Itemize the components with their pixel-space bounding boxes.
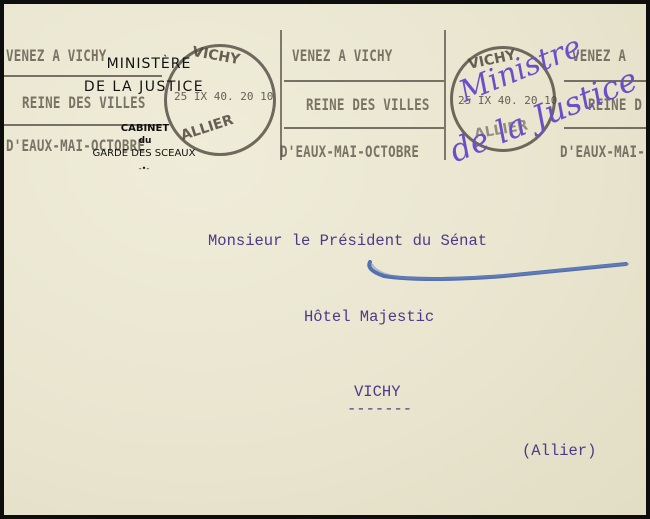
letterhead-ministry: MINISTÈRE: [64, 56, 234, 72]
letterhead-du: du: [90, 136, 200, 146]
slogan-divider: [564, 127, 646, 129]
letterhead-ornament: -•-: [124, 164, 164, 173]
slogan-divider: [284, 127, 444, 129]
letterhead-justice: DE LA JUSTICE: [44, 79, 244, 95]
address-recipient: Monsieur le Président du Sénat: [208, 232, 487, 250]
slogan-right-line3: D'EAUX-MAI-: [560, 142, 645, 161]
slogan-middle-line3: D'EAUX-MAI-OCTOBRE: [280, 142, 419, 161]
slogan-middle-line2: REINE DES VILLES: [306, 95, 430, 114]
address-hotel: Hôtel Majestic: [304, 308, 434, 326]
blue-pencil-mark: [364, 256, 634, 292]
address-city-underline: -------: [347, 400, 412, 418]
slogan-left-line2: REINE DES VILLES: [22, 93, 146, 112]
slogan-divider: [4, 75, 162, 77]
address-city: VICHY: [354, 383, 401, 401]
flag-edge: [280, 30, 282, 160]
slogan-middle-line1: VENEZ A VICHY: [292, 46, 392, 65]
letterhead-cabinet: CABINET: [90, 123, 200, 134]
address-department: (Allier): [522, 442, 596, 460]
slogan-divider: [284, 80, 444, 82]
envelope: VENEZ A VICHY REINE DES VILLES D'EAUX-MA…: [4, 4, 646, 515]
letterhead-garde: GARDE DES SCEAUX: [54, 148, 234, 159]
